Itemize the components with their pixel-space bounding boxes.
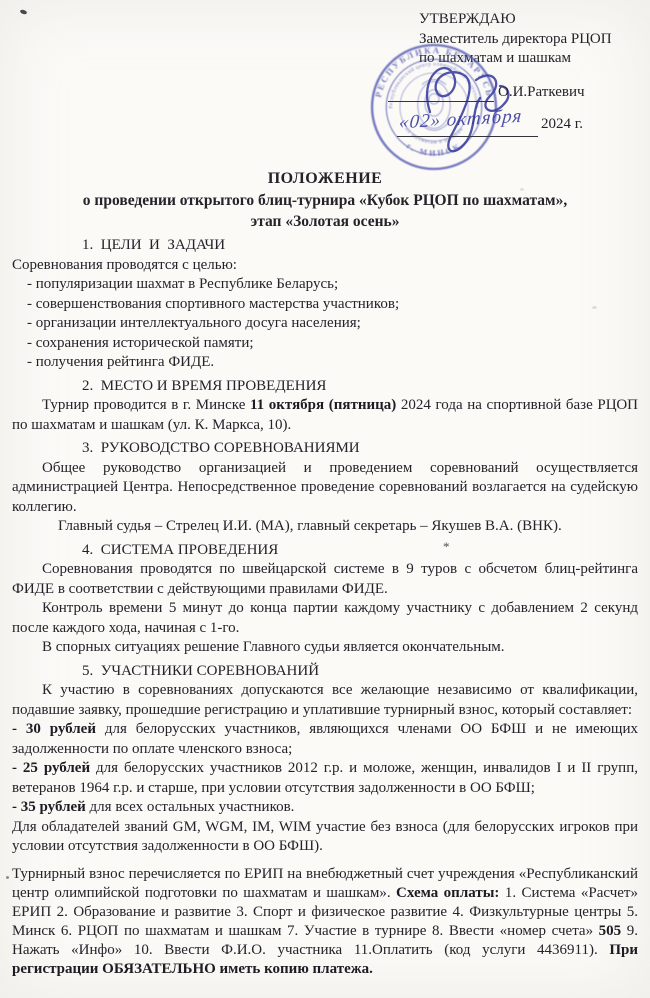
account-number-bold: 505 xyxy=(599,923,622,939)
approval-label: УТВЕРЖДАЮ xyxy=(419,10,516,29)
fee-item-35: - 35 рублей для всех остальных участнико… xyxy=(12,798,638,818)
fee-exemption: Для обладателей званий GM, WGM, IM, WIM … xyxy=(12,818,638,857)
fee-item-25: - 25 рублей для белорусских участников 2… xyxy=(12,759,638,798)
goal-item: - организации интеллектуального досуга н… xyxy=(12,314,638,334)
section4-paragraph2: Контроль времени 5 минут до конца партии… xyxy=(12,599,638,638)
document-subtitle-line2: этап «Золотая осень» xyxy=(12,211,638,232)
signer-name: О.И.Раткевич xyxy=(498,84,585,101)
date-year: 2024 г. xyxy=(541,116,583,133)
section3-paragraph2: Главный судья – Стрелец И.И. (МА), главн… xyxy=(12,517,638,537)
fee-text: для белорусских участников 2012 г.р. и м… xyxy=(12,760,638,796)
section1-heading: 1. ЦЕЛИ И ЗАДАЧИ xyxy=(12,236,638,256)
fee-text: для всех остальных участников. xyxy=(86,799,295,815)
section4-heading: 4. СИСТЕМА ПРОВЕДЕНИЯ xyxy=(12,541,638,561)
payment-scheme-bold: Схема оплаты: xyxy=(396,885,499,901)
section4-paragraph1: Соревнования проводятся по швейцарской с… xyxy=(12,560,638,599)
tournament-date-bold: 11 октября (пятница) xyxy=(250,397,396,413)
payment-instructions: Турнирный взнос перечисляется по ЕРИП на… xyxy=(12,865,638,979)
section5-heading: 5. УЧАСТНИКИ СОРЕВНОВАНИЙ xyxy=(12,662,638,682)
text-run: Турнир проводится в г. Минске xyxy=(42,397,250,413)
date-underline xyxy=(397,136,538,137)
goal-item: - получения рейтинга ФИДЕ. xyxy=(12,353,638,373)
document-title: ПОЛОЖЕНИЕ xyxy=(12,168,638,190)
goal-item: - сохранения исторической памяти; xyxy=(12,334,638,354)
signature-underline xyxy=(388,101,494,102)
fee-amount-bold: - 25 рублей xyxy=(12,760,90,776)
fee-item-30: - 30 рублей для белорусских участников, … xyxy=(12,720,638,759)
fee-text: для белорусских участников, являющихся ч… xyxy=(12,721,638,757)
scanned-document-page: УТВЕРЖДАЮ Заместитель директора РЦОП по … xyxy=(0,0,650,998)
fee-amount-bold: - 35 рублей xyxy=(12,799,86,815)
goal-item: - совершенствования спортивного мастерст… xyxy=(12,295,638,315)
section3-paragraph1: Общее руководство организацией и проведе… xyxy=(12,459,638,518)
section4-paragraph3: В спорных ситуациях решение Главного суд… xyxy=(12,638,638,658)
fee-amount-bold: - 30 рублей xyxy=(12,721,96,737)
section2-paragraph: Турнир проводится в г. Минске 11 октября… xyxy=(12,396,638,435)
document-subtitle-line1: о проведении открытого блиц-турнира «Куб… xyxy=(12,190,638,211)
section2-heading: 2. МЕСТО И ВРЕМЯ ПРОВЕДЕНИЯ xyxy=(12,377,638,397)
section5-paragraph1: К участию в соревнованиях допускаются вс… xyxy=(12,681,638,720)
goal-item: - популяризации шахмат в Республике Бела… xyxy=(12,275,638,295)
section1-intro: Соревнования проводятся с целью: xyxy=(12,256,638,276)
section3-heading: 3. РУКОВОДСТВО СОРЕВНОВАНИЯМИ xyxy=(12,439,638,459)
scan-speck xyxy=(20,9,28,15)
document-body: ПОЛОЖЕНИЕ о проведении открытого блиц-ту… xyxy=(0,162,650,979)
